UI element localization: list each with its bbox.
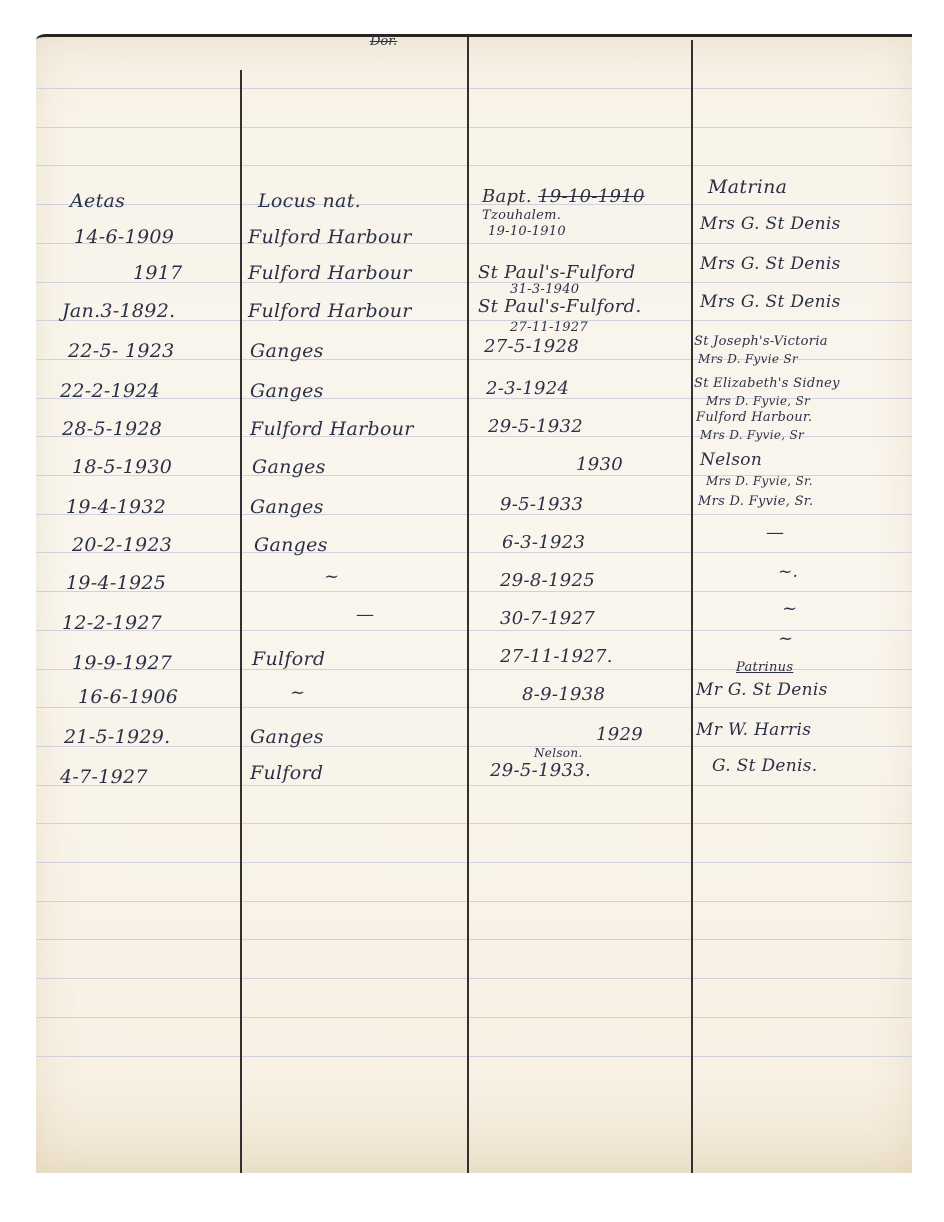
- baptism-date: 27-5-1928: [484, 336, 579, 357]
- date-cell: 21-5-1929.: [64, 726, 171, 748]
- baptism-date: 29-5-1933.: [490, 760, 591, 781]
- column-divider-2: [467, 37, 469, 1173]
- ruled-line: [36, 127, 912, 128]
- place-cell: Ganges: [250, 340, 324, 362]
- date-cell: 19-4-1932: [66, 496, 166, 518]
- baptism-place: St Paul's-Fulford: [478, 262, 636, 283]
- sponsor-cell: Mrs G. St Denis: [700, 254, 841, 274]
- ruled-line: [36, 591, 912, 592]
- sponsor-cell: ~: [782, 598, 797, 619]
- date-cell: 1917: [133, 262, 183, 284]
- date-cell: 12-2-1927: [62, 612, 162, 634]
- date-cell: Jan.3-1892.: [62, 300, 175, 322]
- baptism-date: 27-11-1927.: [500, 646, 613, 667]
- place-cell: Ganges: [254, 534, 328, 556]
- place-cell: Ganges: [252, 456, 326, 478]
- places-header: Locus nat.: [258, 190, 361, 212]
- place-cell: Fulford Harbour: [250, 418, 414, 440]
- ruled-line: [36, 785, 912, 786]
- date-cell: 28-5-1928: [62, 418, 162, 440]
- baptism-date: 27-11-1927: [510, 320, 588, 335]
- sponsors-header: Matrina: [708, 176, 787, 198]
- sponsor-cell: Nelson: [700, 450, 762, 470]
- baptism-date: 6-3-1923: [502, 532, 585, 553]
- dates-header: Aetas: [70, 190, 125, 212]
- place-cell: Ganges: [250, 726, 324, 748]
- baptism-header-struck-date: 19-10-1910: [538, 186, 645, 207]
- sponsor-cell: Fulford Harbour.: [696, 410, 812, 425]
- date-cell: 18-5-1930: [72, 456, 172, 478]
- sponsor-cell: Mrs D. Fyvie, Sr: [706, 394, 810, 408]
- baptism-place: Nelson.: [534, 746, 582, 760]
- ruled-line: [36, 88, 912, 89]
- baptism-date: 30-7-1927: [500, 608, 595, 629]
- sponsor-cell: Mrs D. Fyvie, Sr.: [706, 474, 813, 488]
- place-cell: Fulford: [252, 648, 325, 670]
- baptism-header-label: Bapt.: [482, 186, 538, 207]
- sponsor-cell: Mrs D. Fyvie, Sr.: [698, 494, 813, 509]
- sponsor-cell: St Joseph's-Victoria: [694, 334, 828, 349]
- place-cell: Ganges: [250, 496, 324, 518]
- ruled-line: [36, 823, 912, 824]
- ruled-line: [36, 165, 912, 166]
- ruled-line: [36, 204, 912, 205]
- date-cell: 14-6-1909: [74, 226, 174, 248]
- date-cell: 19-4-1925: [66, 572, 166, 594]
- sponsor-cell: St Elizabeth's Sidney: [694, 376, 840, 391]
- ruled-line: [36, 1056, 912, 1057]
- date-cell: 4-7-1927: [60, 766, 148, 788]
- place-cell: Ganges: [250, 380, 324, 402]
- date-cell: 22-5- 1923: [68, 340, 175, 362]
- register-page: [36, 34, 912, 1173]
- date-cell: 22-2-1924: [60, 380, 160, 402]
- ruled-line: [36, 862, 912, 863]
- sponsor-cell: ~.: [778, 562, 798, 582]
- baptism-place: Tzouhalem.: [482, 208, 561, 223]
- sponsor-cell: Mrs D. Fyvie, Sr: [700, 428, 804, 442]
- baptism-place: St Paul's-Fulford.: [478, 296, 642, 317]
- sponsor-cell: Mrs D. Fyvie Sr: [698, 352, 798, 366]
- baptism-date: 19-10-1910: [488, 224, 566, 239]
- place-cell: Fulford Harbour: [248, 300, 412, 322]
- baptism-date: 31-3-1940: [510, 282, 579, 297]
- ruled-line: [36, 514, 912, 515]
- godfather-cell: Mr G. St Denis: [696, 680, 828, 700]
- baptism-date: 2-3-1924: [486, 378, 569, 399]
- place-cell: ~: [290, 682, 305, 703]
- baptism-date: 1929: [596, 724, 643, 745]
- ruled-line: [36, 901, 912, 902]
- baptism-header: Bapt. 19-10-1910: [482, 186, 645, 207]
- godfather-cell: Mr W. Harris: [696, 720, 811, 740]
- date-cell: 20-2-1923: [72, 534, 172, 556]
- sponsor-cell: ~: [778, 628, 793, 649]
- place-cell: Fulford Harbour: [248, 226, 412, 248]
- sponsor-cell: —: [766, 522, 784, 543]
- baptism-date: 29-5-1932: [488, 416, 583, 437]
- godfather-cell: G. St Denis.: [712, 756, 817, 776]
- date-cell: 16-6-1906: [78, 686, 178, 708]
- place-cell: Fulford Harbour: [248, 262, 412, 284]
- baptism-date: 8-9-1938: [522, 684, 605, 705]
- ruled-line: [36, 1017, 912, 1018]
- column-divider-1: [240, 70, 242, 1173]
- place-cell: Fulford: [250, 762, 323, 784]
- header-mark: Dor.: [370, 34, 397, 49]
- ruled-line: [36, 939, 912, 940]
- column-divider-3: [691, 40, 693, 1173]
- date-cell: 19-9-1927: [72, 652, 172, 674]
- ruled-line: [36, 978, 912, 979]
- sponsor-cell: Mrs G. St Denis: [700, 214, 841, 234]
- place-cell: ~: [324, 566, 339, 587]
- godfather-header: Patrinus: [736, 660, 793, 675]
- baptism-date: 9-5-1933: [500, 494, 583, 515]
- sponsor-cell: Mrs G. St Denis: [700, 292, 841, 312]
- place-cell: —: [356, 604, 374, 625]
- baptism-date: 29-8-1925: [500, 570, 595, 591]
- baptism-date: 1930: [576, 454, 623, 475]
